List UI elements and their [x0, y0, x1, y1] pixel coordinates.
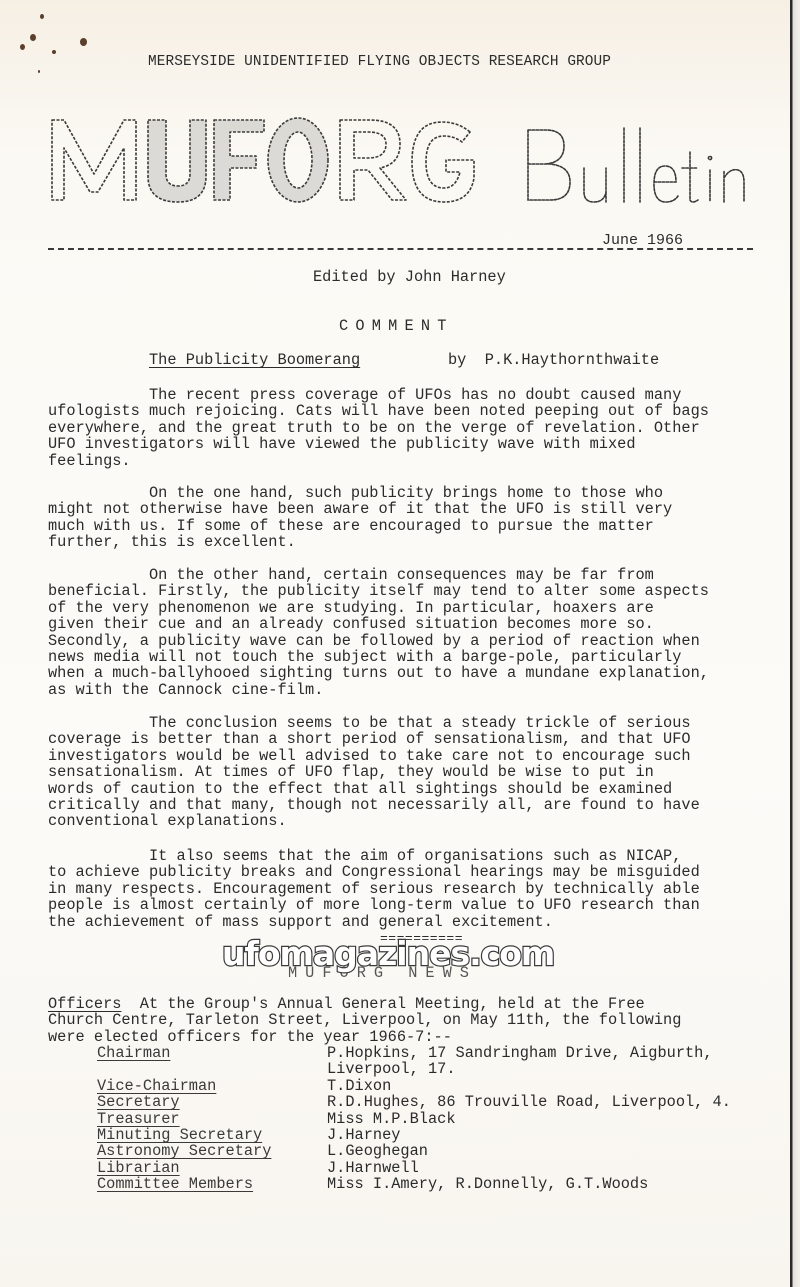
officers-label: Officers [48, 995, 121, 1013]
officer-name: Miss M.P.Black [327, 1111, 456, 1127]
ink-stain [52, 50, 56, 54]
officer-role: Treasurer [97, 1111, 180, 1127]
officer-row: ChairmanP.Hopkins, 17 Sandringham Drive,… [97, 1045, 777, 1061]
officer-role: Minuting Secretary [97, 1127, 262, 1143]
officers-intro: Officers At the Group's Annual General M… [48, 996, 681, 1045]
article-paragraph: It also seems that the aim of organisati… [48, 848, 768, 930]
ink-stain [20, 44, 25, 50]
officer-row: Vice-ChairmanT.Dixon [97, 1078, 777, 1094]
officer-row: Astronomy SecretaryL.Geoghegan [97, 1143, 777, 1159]
masthead-logo [50, 112, 750, 212]
bulletin-page: MERSEYSIDE UNIDENTIFIED FLYING OBJECTS R… [0, 0, 790, 1287]
article-paragraph: On the one hand, such publicity brings h… [48, 485, 768, 551]
officer-role: Astronomy Secretary [97, 1143, 271, 1159]
officer-row: SecretaryR.D.Hughes, 86 Trouville Road, … [97, 1094, 777, 1110]
officer-row: Minuting SecretaryJ.Harney [97, 1127, 777, 1143]
ink-stain [38, 70, 40, 73]
comment-section-heading: COMMENT [339, 318, 454, 334]
officer-name: P.Hopkins, 17 Sandringham Drive, Aigburt… [327, 1045, 713, 1078]
organization-name: MERSEYSIDE UNIDENTIFIED FLYING OBJECTS R… [148, 54, 611, 70]
officer-name: R.D.Hughes, 86 Trouville Road, Liverpool… [327, 1094, 731, 1110]
officer-name: L.Geoghegan [327, 1143, 428, 1159]
editor-credit: Edited by John Harney [313, 269, 506, 285]
officer-name: J.Harney [327, 1127, 400, 1143]
officers-intro-text: At the Group's Annual General Meeting, h… [48, 995, 681, 1046]
article-paragraph: On the other hand, certain consequences … [48, 567, 768, 698]
article-paragraph: The conclusion seems to be that a steady… [48, 715, 768, 830]
officer-name: Miss I.Amery, R.Donnelly, G.T.Woods [327, 1176, 648, 1192]
masthead [50, 112, 750, 212]
site-watermark: ufomagazines.com [222, 934, 554, 973]
ink-stain [80, 38, 87, 46]
officer-role: Chairman [97, 1045, 170, 1061]
officer-row: TreasurerMiss M.P.Black [97, 1111, 777, 1127]
issue-date: June 1966 [602, 233, 683, 249]
ink-stain [40, 14, 44, 19]
officer-row: LibrarianJ.Harnwell [97, 1160, 777, 1176]
page-edge [790, 0, 800, 1287]
ink-stain [30, 34, 36, 41]
officer-role: Secretary [97, 1094, 180, 1110]
article-paragraph: The recent press coverage of UFOs has no… [48, 387, 768, 469]
officer-role: Committee Members [97, 1176, 253, 1192]
header-rule [48, 248, 753, 250]
article-byline: by P.K.Haythornthwaite [448, 352, 659, 368]
officer-row: Committee MembersMiss I.Amery, R.Donnell… [97, 1176, 777, 1192]
officer-role: Vice-Chairman [97, 1078, 216, 1094]
article-title: The Publicity Boomerang [149, 352, 360, 368]
officer-role: Librarian [97, 1160, 180, 1176]
officer-name: T.Dixon [327, 1078, 391, 1094]
officer-name: J.Harnwell [327, 1160, 419, 1176]
